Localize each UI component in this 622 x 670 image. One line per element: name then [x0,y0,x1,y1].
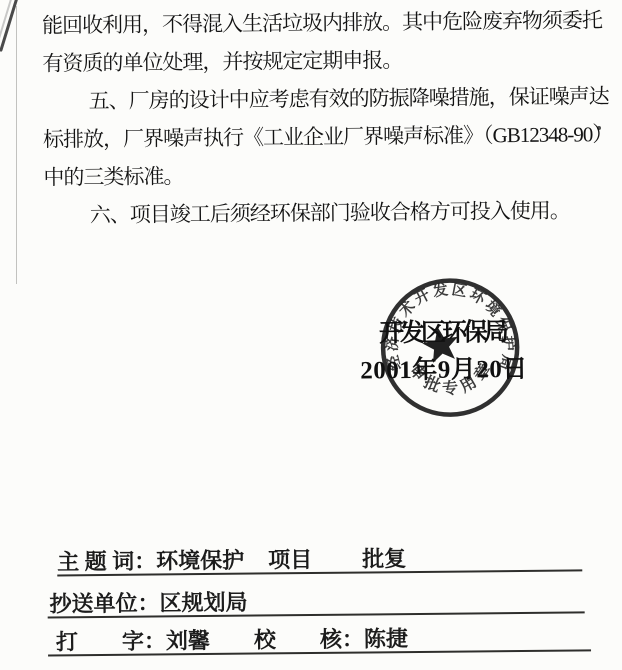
subject-term-environment: 环境保护 [156,548,244,574]
body-line-2: 有资质的单位处理，并按规定定期申报。 [42,39,590,82]
cc-unit-label: 抄送单位： [49,590,159,616]
typist-name: 刘馨 [166,628,210,653]
document-content: 能回收利用，不得混入生活垃圾内排放。其中危险废弃物须委托 有资质的单位处理，并按… [0,0,622,670]
approval-date: 2001年9月20日 [360,349,540,387]
body-line-3-item-five: 五、厂房的设计中应考虑有效的防振降噪措施，保证噪声达 [43,77,591,120]
typist-label: 打 字： [56,628,166,654]
cc-unit-row: 抄送单位：区规划局 [47,582,584,618]
body-line-1: 能回收利用，不得混入生活垃圾内排放。其中危险废弃物须委托 [42,1,590,44]
typist-checker-row: 打 字：刘馨校 核：陈捷 [48,620,591,656]
body-line-4: 标排放，厂界噪声执行《工业企业厂界噪声标准》（GB12348-90） [43,115,591,158]
official-seal: 经济技术开发区环境保护局 审批专用章 开发区环保局 2001年9月20日 [375,272,526,423]
subject-term-approval: 批复 [362,546,406,571]
subject-term-project: 项目 [268,547,312,572]
issuing-agency-name: 开发区环保局 [379,312,525,349]
checker-name: 陈捷 [364,626,408,651]
checker-label: 校 核： [254,627,364,653]
cc-unit-value: 区规划局 [159,590,247,616]
body-line-5: 中的三类标准。 [43,153,591,196]
subject-words-label: 主 题 词： [57,548,156,574]
subject-words-row: 主 题 词：环境保护项目批复 [57,540,582,576]
scanned-approval-document-page: 能回收利用，不得混入生活垃圾内排放。其中危险废弃物须委托 有资质的单位处理，并按… [0,0,622,670]
approval-conditions-text: 能回收利用，不得混入生活垃圾内排放。其中危险废弃物须委托 有资质的单位处理，并按… [42,1,592,234]
body-line-6-item-six: 六、项目竣工后须经环保部门验收合格方可投入使用。 [44,191,592,234]
